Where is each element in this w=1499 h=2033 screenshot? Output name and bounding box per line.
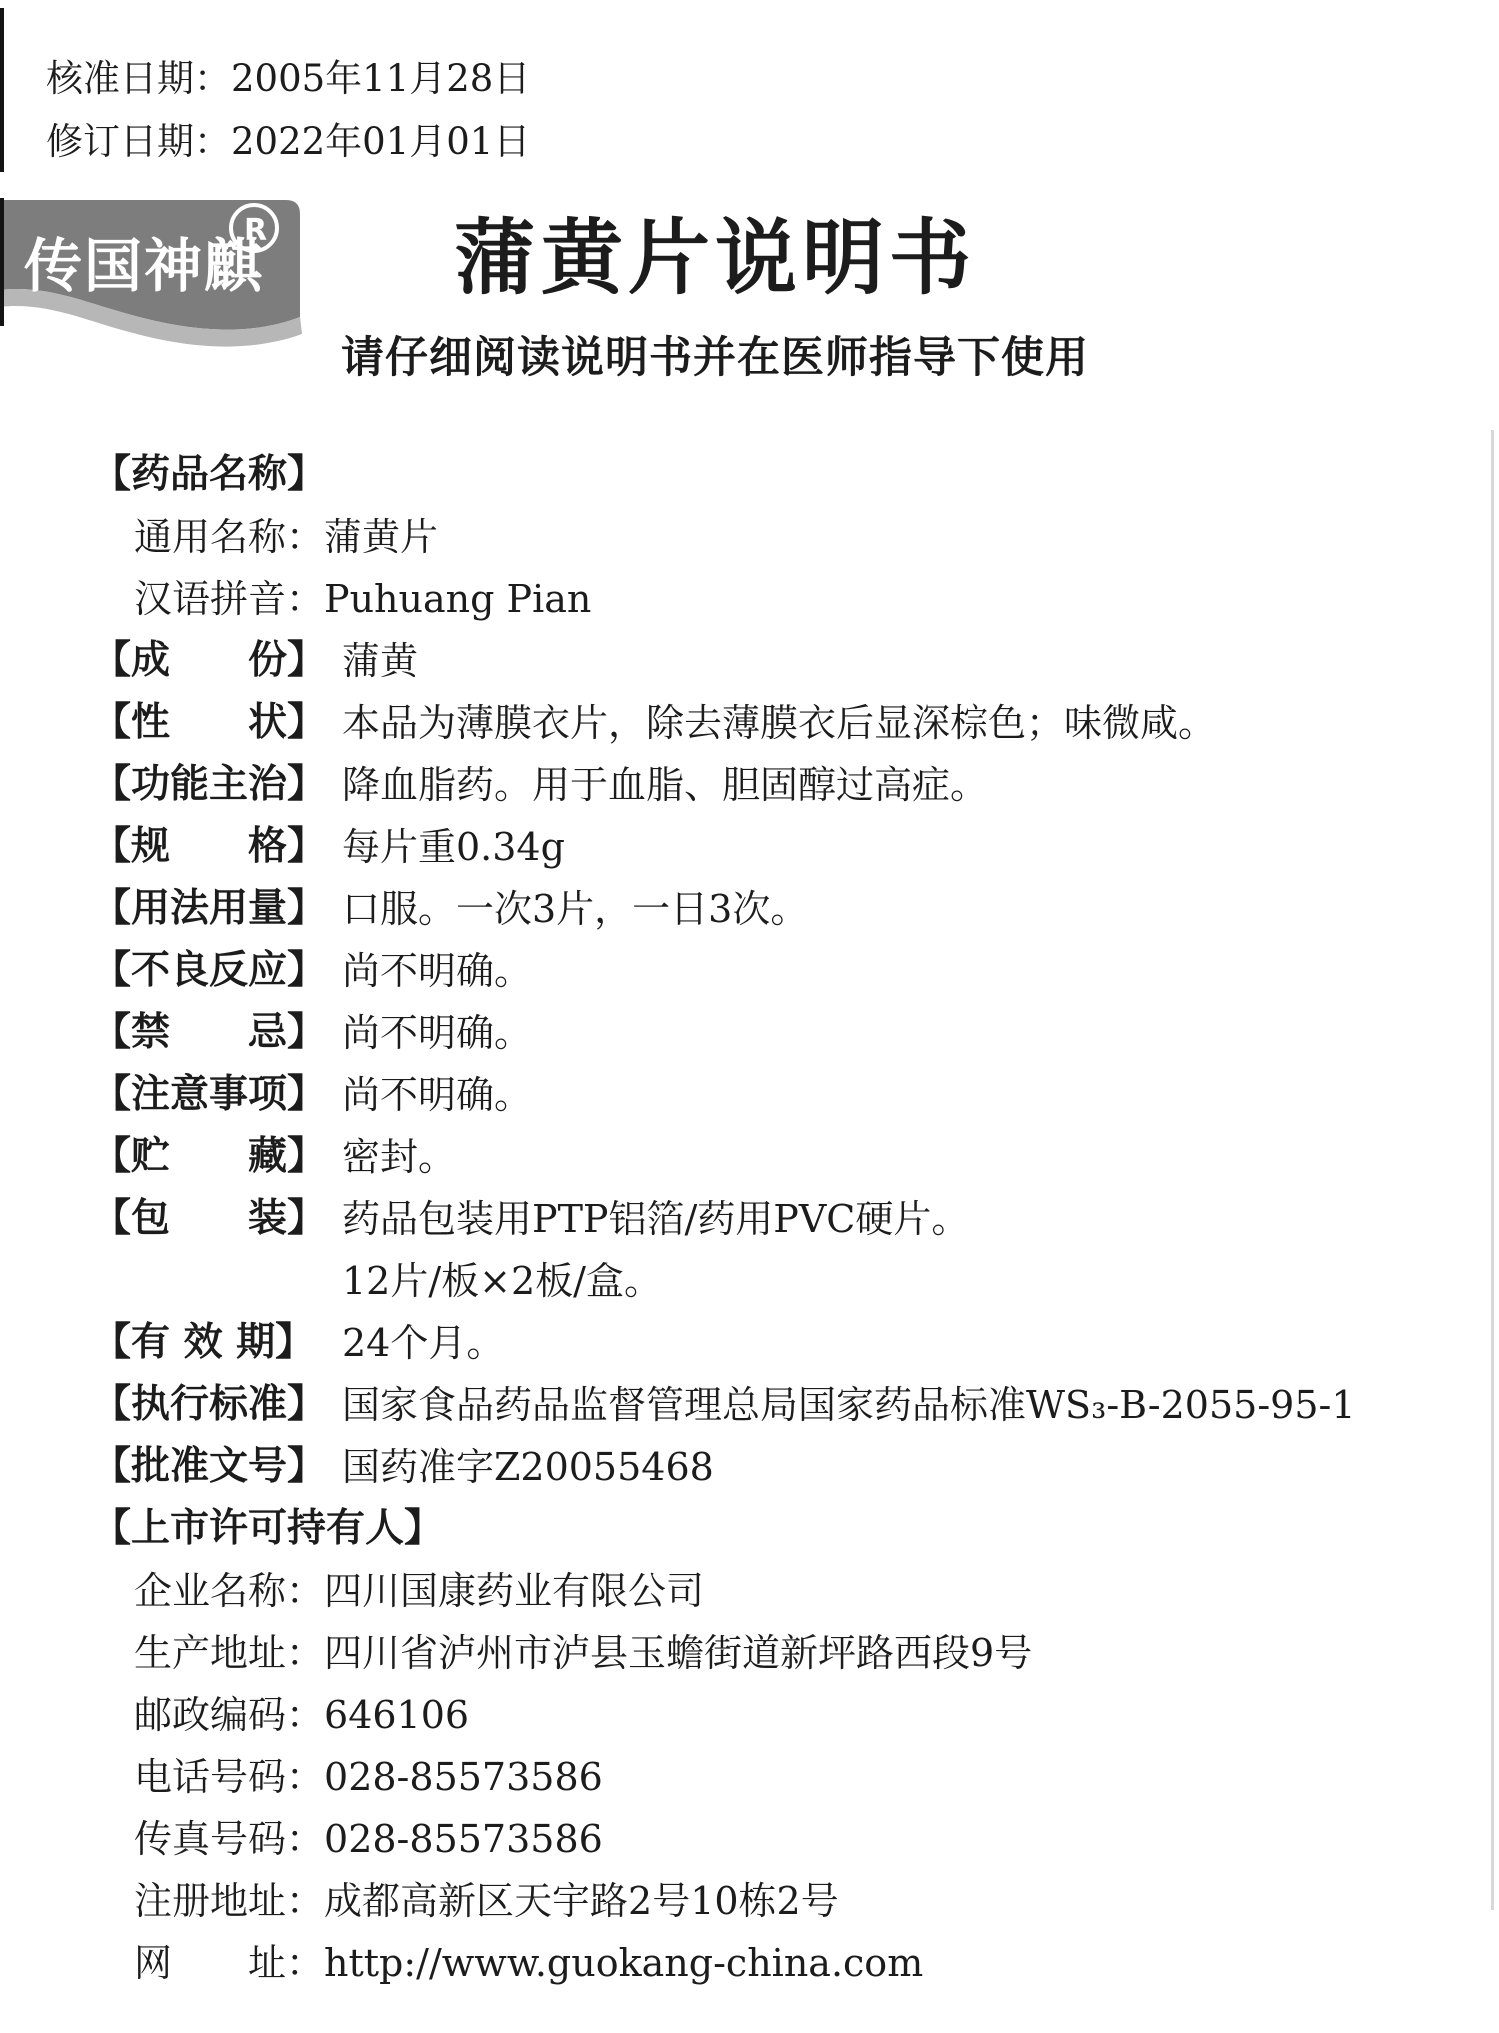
- revision-date-line: 修订日期：2022年01月01日: [46, 119, 530, 165]
- row-shelf-life: 【有 效 期】24个月。: [92, 1318, 1461, 1368]
- brand-logo: 传国神麒 R: [0, 198, 312, 353]
- row-license-holder: 【上市许可持有人】: [92, 1504, 1461, 1554]
- row-drug-name: 【药品名称】: [92, 450, 1461, 500]
- revision-date-label: 修订日期：: [46, 120, 231, 163]
- row-storage: 【贮 藏】密封。: [92, 1132, 1461, 1182]
- revision-date-value: 2022年01月01日: [231, 120, 530, 163]
- logo-text: 传国神麒: [24, 232, 264, 300]
- approval-date-line: 核准日期：2005年11月28日: [46, 56, 530, 102]
- approval-date-label: 核准日期：: [46, 57, 231, 100]
- row-specification: 【规 格】每片重0.34g: [92, 822, 1461, 872]
- row-fax-number: 传真号码：028-85573586: [134, 1814, 1461, 1864]
- row-postal-code: 邮政编码：646106: [134, 1690, 1461, 1740]
- row-adverse-reactions: 【不良反应】尚不明确。: [92, 946, 1461, 996]
- date-block: 核准日期：2005年11月28日 修订日期：2022年01月01日: [46, 56, 530, 165]
- row-precautions: 【注意事项】尚不明确。: [92, 1070, 1461, 1120]
- leaflet-body: 【药品名称】 通用名称：蒲黄片 汉语拼音：Puhuang Pian 【成 份】蒲…: [92, 450, 1461, 2000]
- row-pinyin: 汉语拼音：Puhuang Pian: [134, 574, 1461, 624]
- scan-edge-artifact: [0, 198, 4, 326]
- row-ingredients: 【成 份】蒲黄: [92, 636, 1461, 686]
- row-generic-name: 通用名称：蒲黄片: [134, 512, 1461, 562]
- row-company-name: 企业名称：四川国康药业有限公司: [134, 1566, 1461, 1616]
- row-packaging: 【包 装】药品包装用PTP铝箔/药用PVC硬片。: [92, 1194, 1461, 1244]
- page-subtitle: 请仔细阅读说明书并在医师指导下使用: [330, 324, 1100, 385]
- approval-date-value: 2005年11月28日: [231, 57, 530, 100]
- page-title: 蒲黄片说明书: [330, 216, 1100, 302]
- row-phone-number: 电话号码：028-85573586: [134, 1752, 1461, 1802]
- row-description: 【性 状】本品为薄膜衣片，除去薄膜衣后显深棕色；味微咸。: [92, 698, 1461, 748]
- row-approval-number: 【批准文号】国药准字Z20055468: [92, 1442, 1461, 1492]
- scan-edge-artifact: [1491, 430, 1494, 1910]
- scan-edge-artifact: [0, 8, 4, 172]
- row-registered-address: 注册地址：成都高新区天宇路2号10栋2号: [134, 1876, 1461, 1926]
- row-contraindications: 【禁 忌】尚不明确。: [92, 1008, 1461, 1058]
- row-dosage: 【用法用量】口服。一次3片，一日3次。: [92, 884, 1461, 934]
- row-indications: 【功能主治】降血脂药。用于血脂、胆固醇过高症。: [92, 760, 1461, 810]
- svg-text:R: R: [244, 213, 267, 248]
- row-website: 网 址：http://www.guokang-china.com: [134, 1938, 1461, 1988]
- row-production-address: 生产地址：四川省泸州市泸县玉蟾街道新坪路西段9号: [134, 1628, 1461, 1678]
- row-executive-standard: 【执行标准】国家食品药品监督管理总局国家药品标准WS₃-B-2055-95-1: [92, 1380, 1461, 1430]
- row-packaging-detail: 12片/板×2板/盒。: [342, 1256, 1461, 1306]
- drug-leaflet-page: 核准日期：2005年11月28日 修订日期：2022年01月01日 传国神麒 R…: [0, 0, 1499, 2033]
